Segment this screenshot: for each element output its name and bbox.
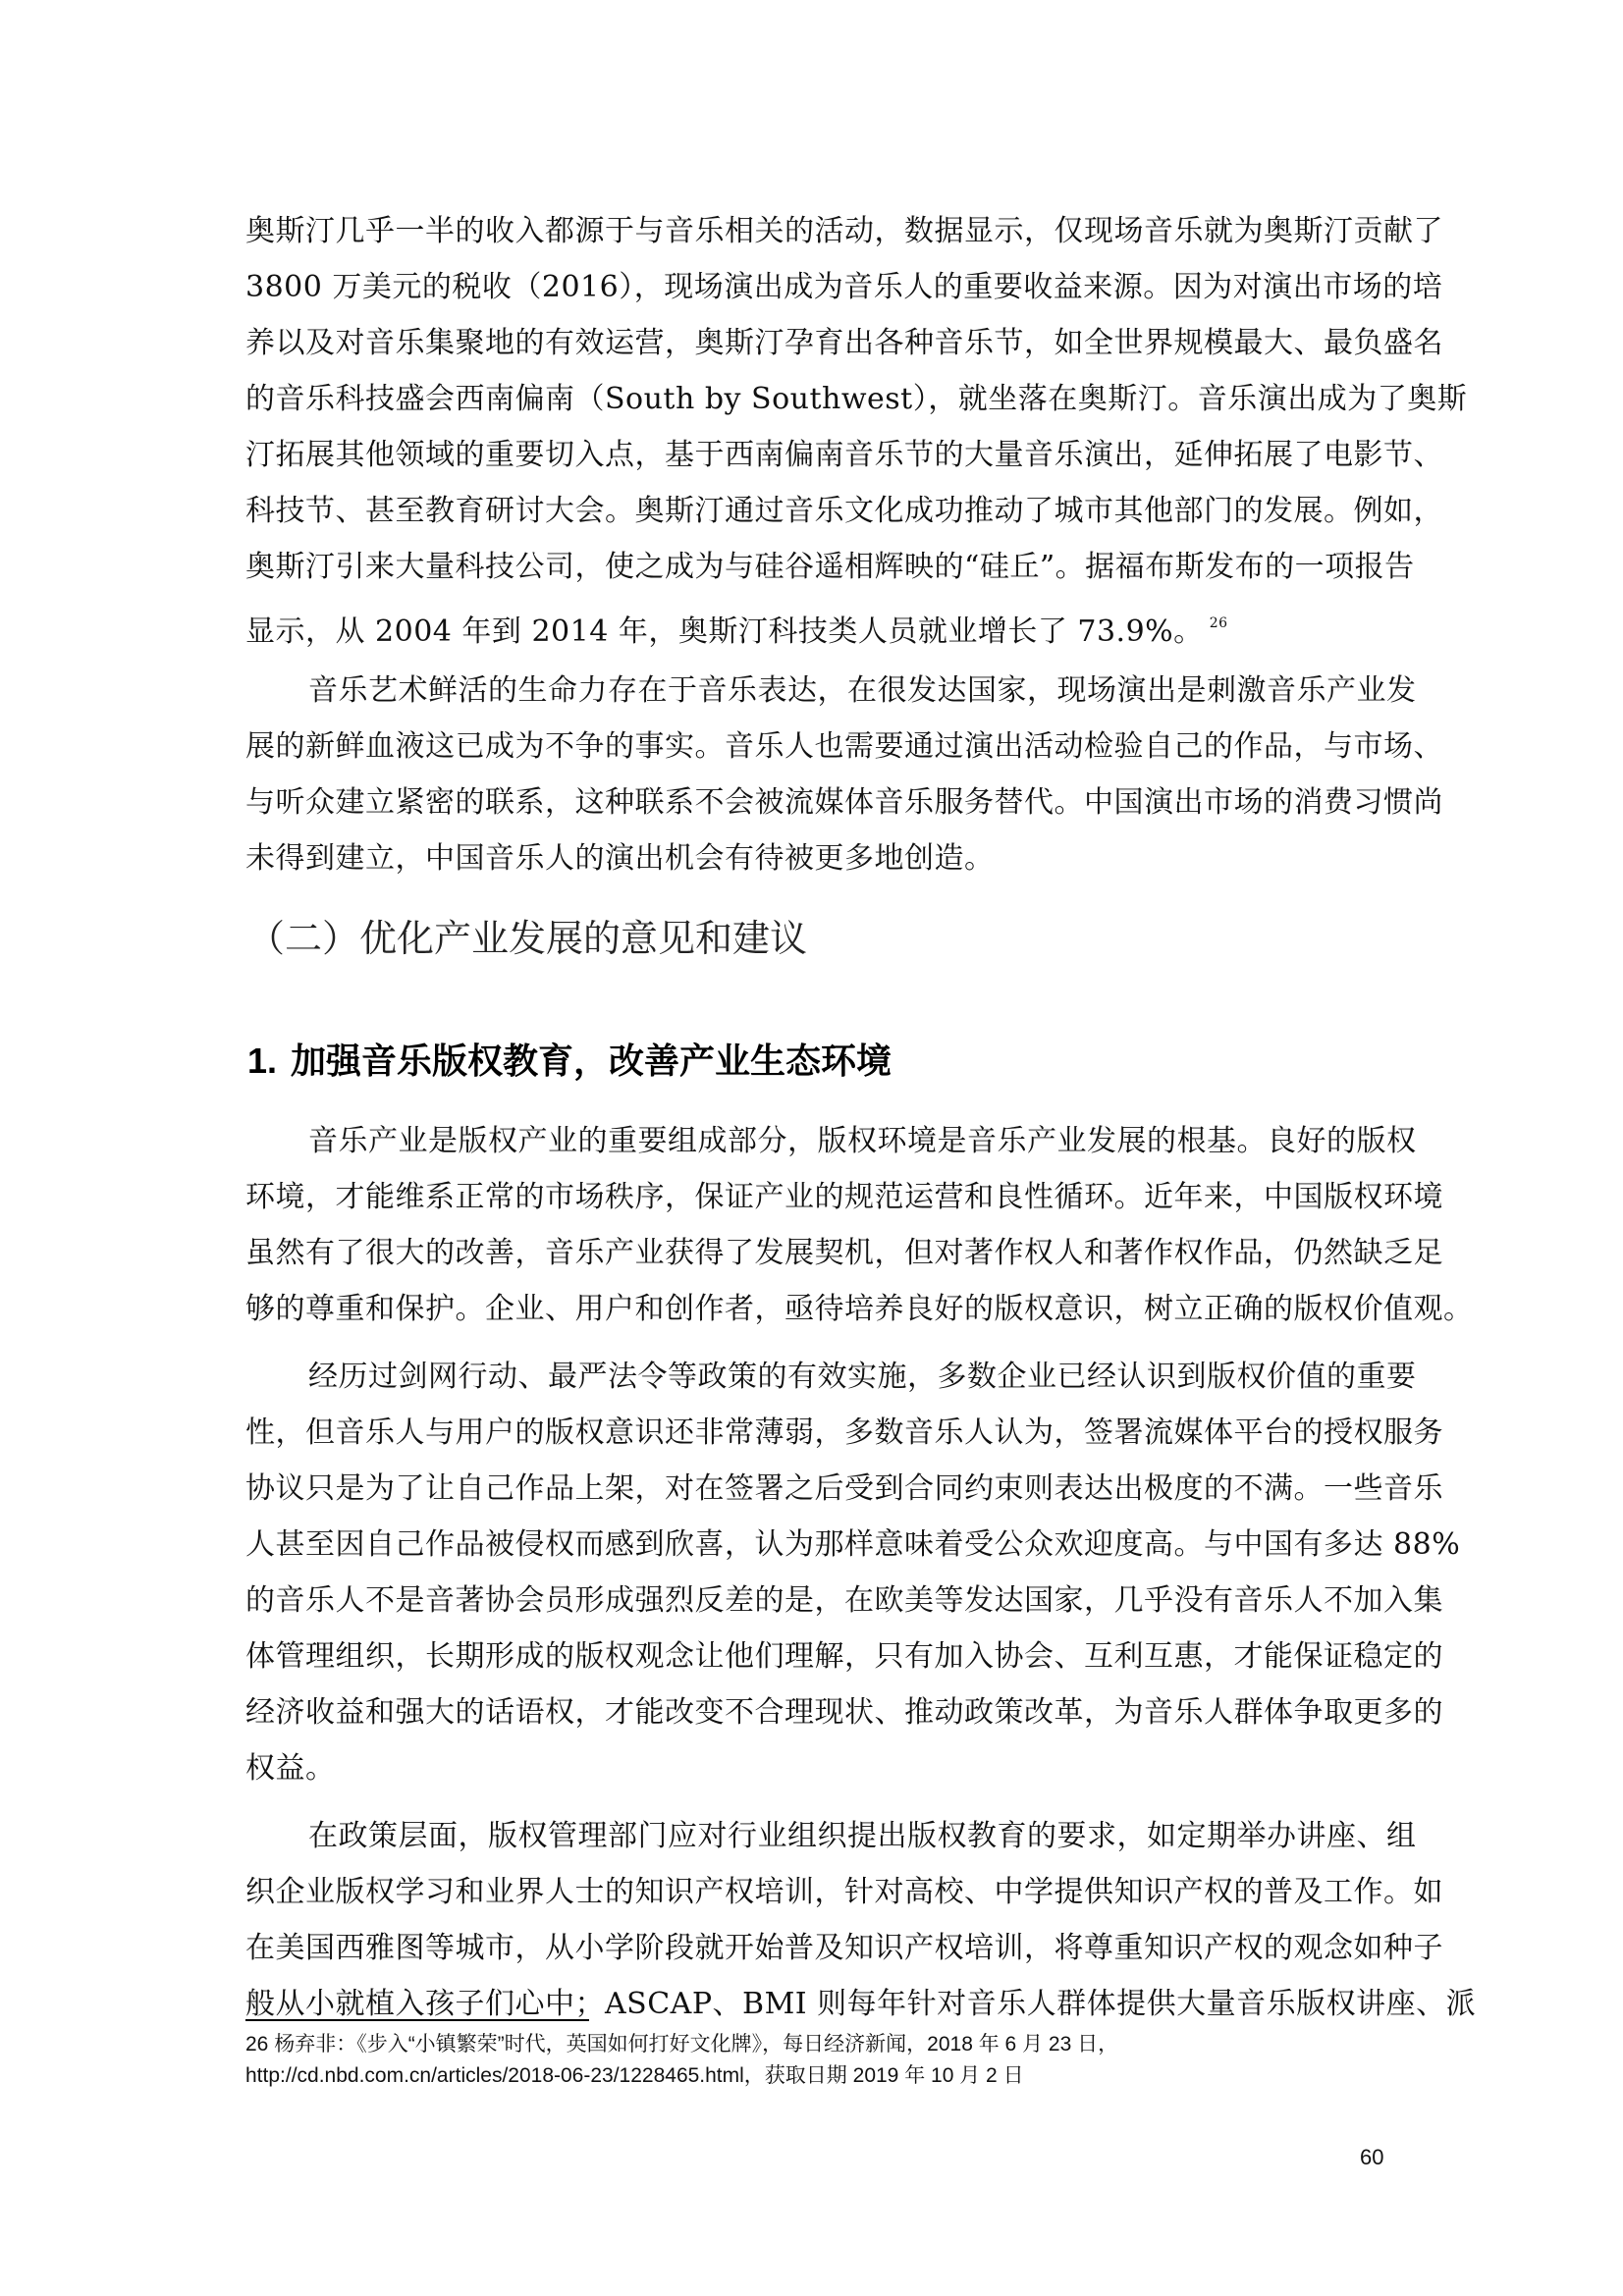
text-line: 与听众建立紧密的联系，这种联系不会被流媒体音乐服务替代。中国演出市场的消费习惯尚 bbox=[245, 783, 1384, 823]
text-line: 经历过剑网行动、最严法令等政策的有效实施，多数企业已经认识到版权价值的重要 bbox=[308, 1358, 1384, 1397]
footnote-reference[interactable]: 26 bbox=[1210, 615, 1228, 631]
text-line: 音乐产业是版权产业的重要组成部分，版权环境是音乐产业发展的根基。良好的版权 bbox=[308, 1122, 1384, 1161]
text-line: 未得到建立，中国音乐人的演出机会有待被更多地创造。 bbox=[245, 839, 1384, 879]
section-heading: （二）优化产业发展的意见和建议 bbox=[247, 915, 807, 962]
text-line: 汀拓展其他领域的重要切入点，基于西南偏南音乐节的大量音乐演出，延伸拓展了电影节、 bbox=[245, 436, 1384, 475]
text-line: 权益。 bbox=[245, 1749, 1384, 1789]
document-page: 奥斯汀几乎一半的收入都源于与音乐相关的活动，数据显示，仅现场音乐就为奥斯汀贡献了… bbox=[0, 0, 1623, 2296]
text-line-content: 显示，从 2004 年到 2014 年，奥斯汀科技类人员就业增长了 73.9%。 bbox=[245, 614, 1204, 649]
subsection-number: 1. bbox=[247, 1041, 277, 1081]
footnote-url-line[interactable]: http://cd.nbd.com.cn/articles/2018-06-23… bbox=[245, 2062, 1024, 2090]
text-line: 音乐艺术鲜活的生命力存在于音乐表达，在很发达国家，现场演出是刺激音乐产业发 bbox=[308, 671, 1384, 711]
text-line: 性，但音乐人与用户的版权意识还非常薄弱，多数音乐人认为，签署流媒体平台的授权服务 bbox=[245, 1414, 1384, 1453]
text-line: 织企业版权学习和业界人士的知识产权培训，针对高校、中学提供知识产权的普及工作。如 bbox=[245, 1873, 1384, 1912]
text-line: 奥斯汀引来大量科技公司，使之成为与硅谷遥相辉映的“硅丘”。据福布斯发布的一项报告 bbox=[245, 548, 1384, 587]
footnote-separator bbox=[245, 2019, 589, 2021]
text-line: 虽然有了很大的改善，音乐产业获得了发展契机，但对著作权人和著作权作品，仍然缺乏足 bbox=[245, 1234, 1384, 1273]
text-line: 科技节、甚至教育研讨大会。奥斯汀通过音乐文化成功推动了城市其他部门的发展。例如， bbox=[245, 492, 1384, 531]
text-line: 体管理组织，长期形成的版权观念让他们理解，只有加入协会、互利互惠，才能保证稳定的 bbox=[245, 1637, 1384, 1677]
text-line: 养以及对音乐集聚地的有效运营，奥斯汀孕育出各种音乐节，如全世界规模最大、最负盛名 bbox=[245, 324, 1384, 363]
text-line: 够的尊重和保护。企业、用户和创作者，亟待培养良好的版权意识，树立正确的版权价值观… bbox=[245, 1290, 1384, 1329]
text-line: 在美国西雅图等城市，从小学阶段就开始普及知识产权培训，将尊重知识产权的观念如种子 bbox=[245, 1929, 1384, 1968]
subsection-title: 加强音乐版权教育，改善产业生态环境 bbox=[291, 1041, 892, 1082]
text-line: 协议只是为了让自己作品上架，对在签署之后受到合同约束则表达出极度的不满。一些音乐 bbox=[245, 1469, 1384, 1509]
text-line: 经济收益和强大的话语权，才能改变不合理现状、推动政策改革，为音乐人群体争取更多的 bbox=[245, 1693, 1384, 1733]
text-line: 般从小就植入孩子们心中；ASCAP、BMI 则每年针对音乐人群体提供大量音乐版权… bbox=[245, 1985, 1384, 2024]
text-line: 环境，才能维系正常的市场秩序，保证产业的规范运营和良性循环。近年来，中国版权环境 bbox=[245, 1178, 1384, 1217]
text-line: 奥斯汀几乎一半的收入都源于与音乐相关的活动，数据显示，仅现场音乐就为奥斯汀贡献了 bbox=[245, 212, 1384, 251]
footnote-line: 26 杨弃非：《步入“小镇繁荣”时代，英国如何打好文化牌》，每日经济新闻，201… bbox=[245, 2031, 1118, 2058]
subsection-heading: 1.加强音乐版权教育，改善产业生态环境 bbox=[247, 1039, 892, 1085]
text-line: 的音乐人不是音著协会员形成强烈反差的是，在欧美等发达国家，几乎没有音乐人不加入集 bbox=[245, 1581, 1384, 1621]
text-line: 展的新鲜血液这已成为不争的事实。音乐人也需要通过演出活动检验自己的作品，与市场、 bbox=[245, 727, 1384, 767]
text-line: 3800 万美元的税收（2016），现场演出成为音乐人的重要收益来源。因为对演出… bbox=[245, 268, 1384, 307]
text-line: 显示，从 2004 年到 2014 年，奥斯汀科技类人员就业增长了 73.9%。… bbox=[245, 604, 1384, 652]
text-line: 的音乐科技盛会西南偏南（South by Southwest），就坐落在奥斯汀。… bbox=[245, 380, 1384, 419]
page-number: 60 bbox=[1360, 2145, 1383, 2170]
text-line: 人甚至因自己作品被侵权而感到欣喜，认为那样意味着受公众欢迎度高。与中国有多达 8… bbox=[245, 1525, 1384, 1565]
text-line: 在政策层面，版权管理部门应对行业组织提出版权教育的要求，如定期举办讲座、组 bbox=[308, 1817, 1384, 1856]
